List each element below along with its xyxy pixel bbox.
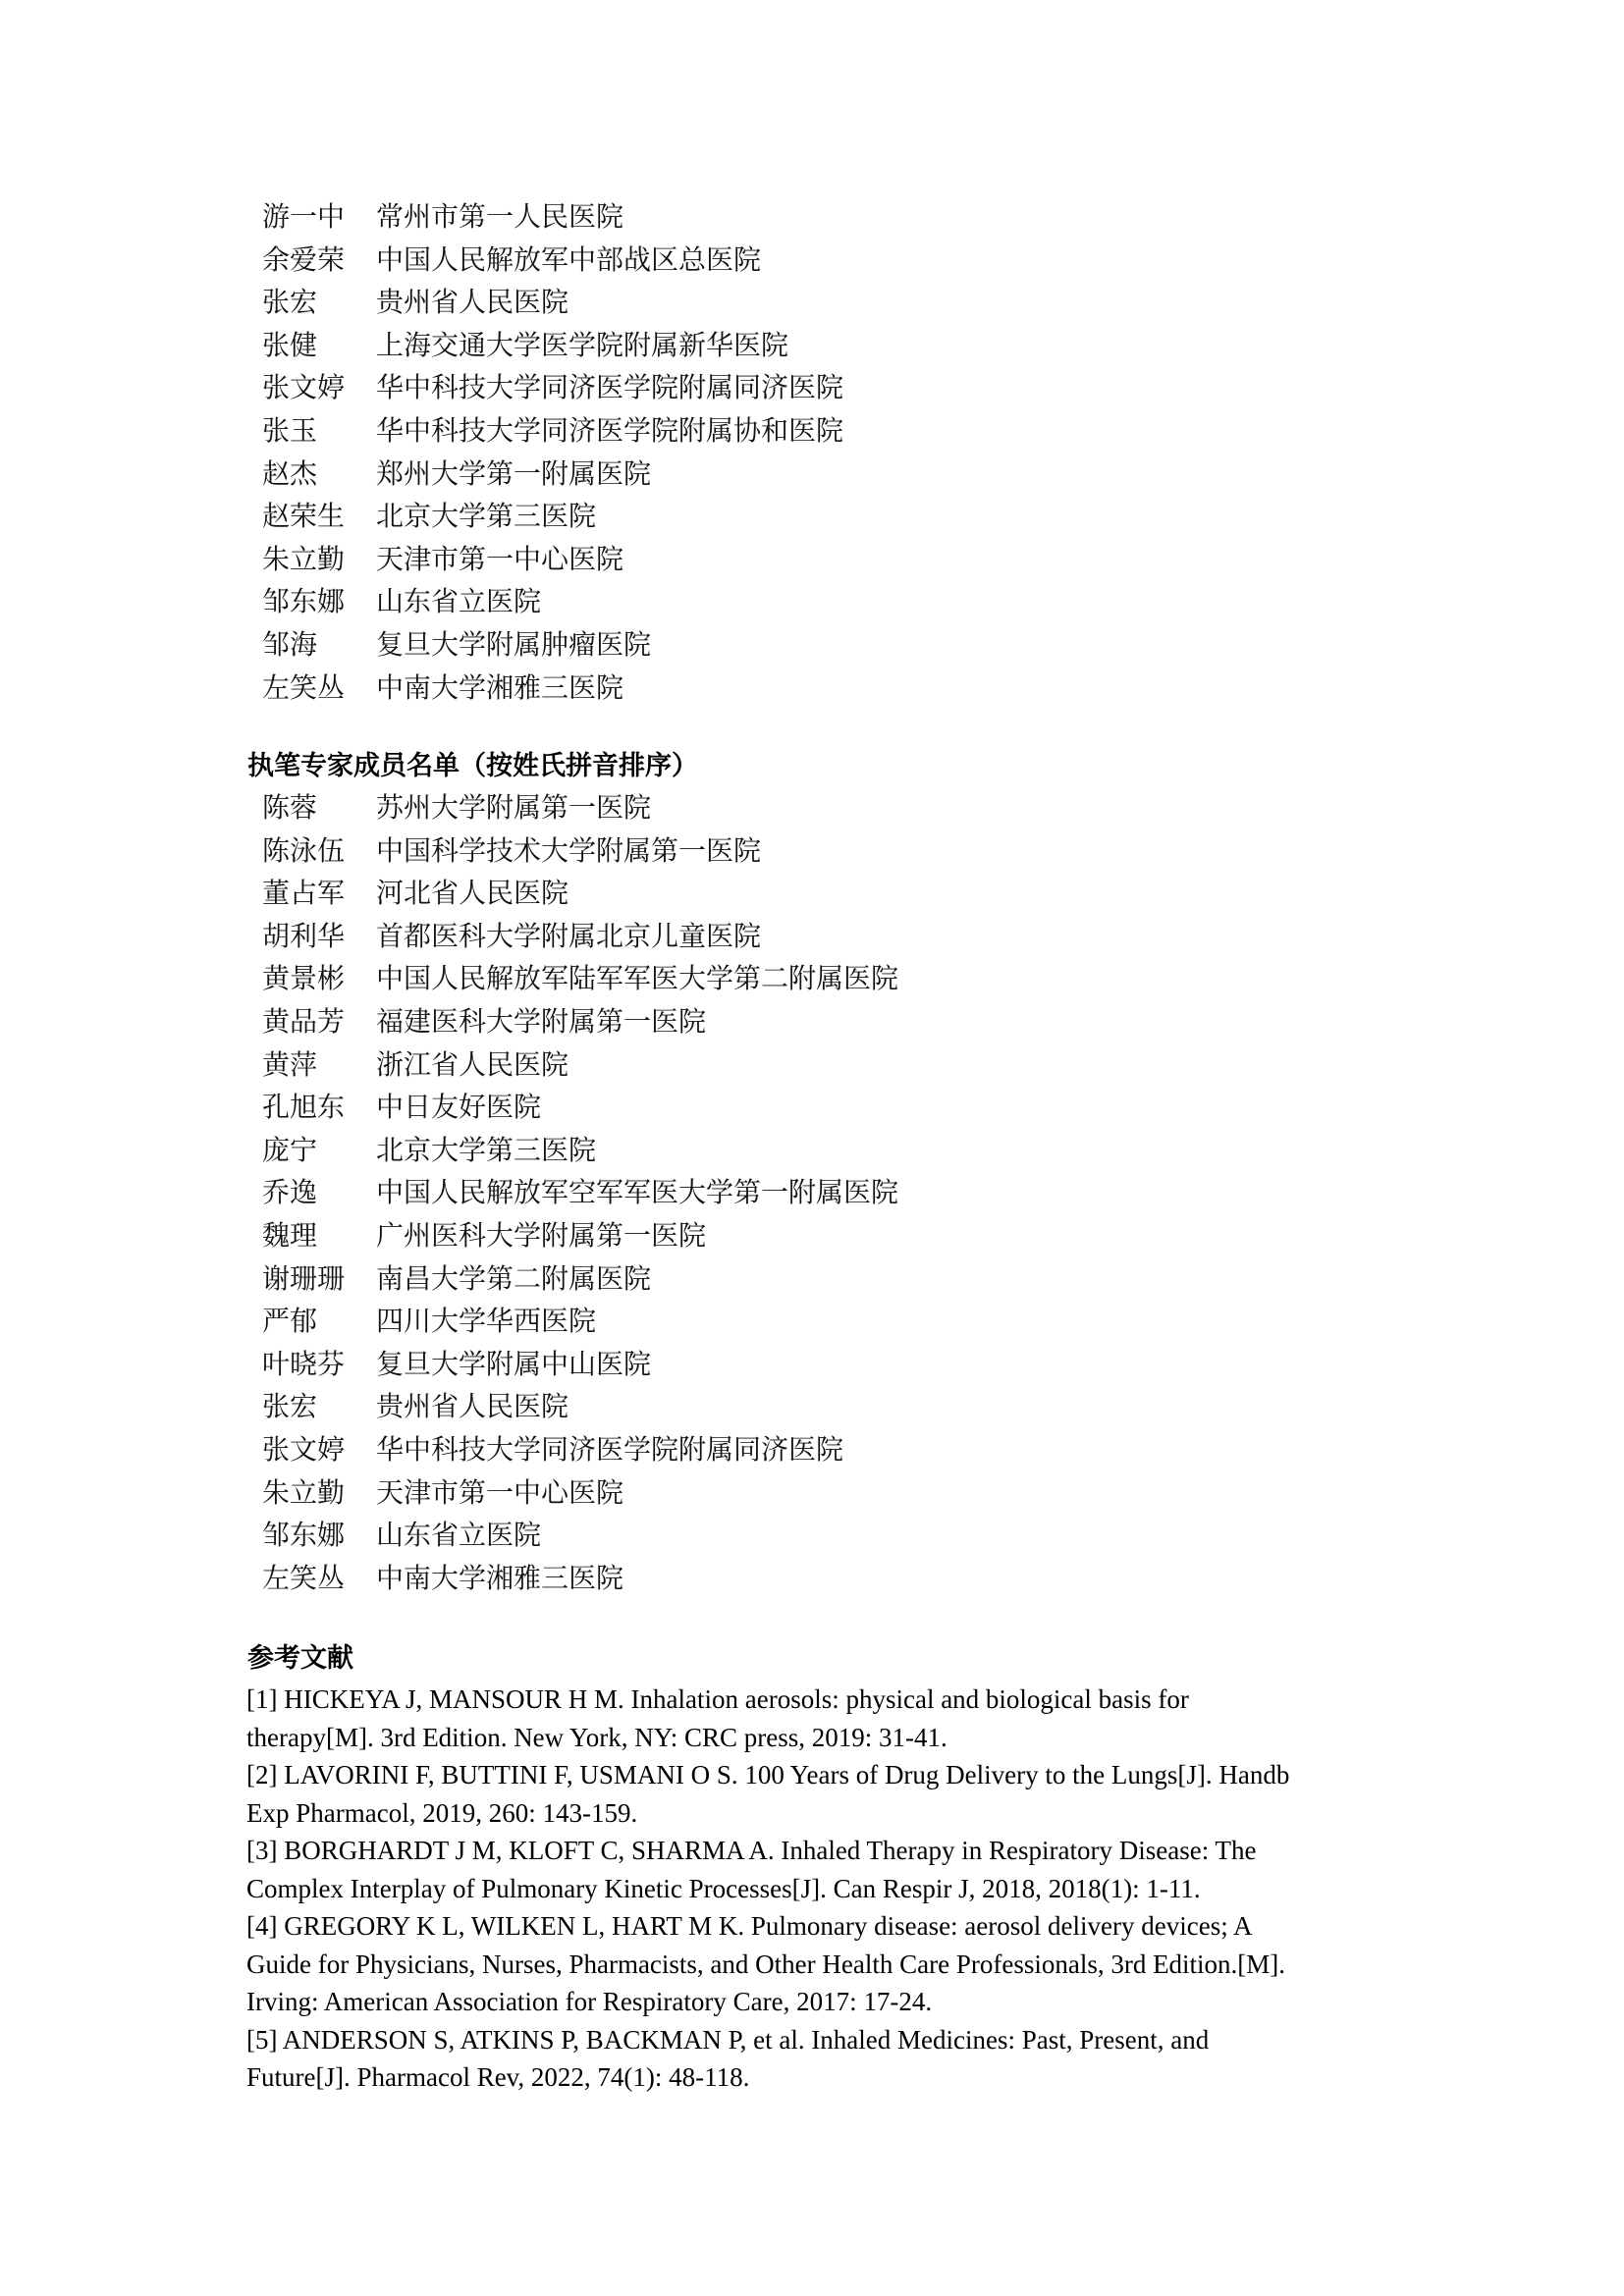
member-row: 张玉华中科技大学同济医学院附属协和医院 bbox=[262, 409, 843, 453]
member-name: 余爱荣 bbox=[262, 239, 376, 282]
member-name: 朱立勤 bbox=[262, 538, 376, 581]
reference-line: Future[J]. Pharmacol Rev, 2022, 74(1): 4… bbox=[246, 2058, 1385, 2097]
reference-line: Guide for Physicians, Nurses, Pharmacist… bbox=[246, 1946, 1385, 1984]
member-row: 朱立勤天津市第一中心医院 bbox=[262, 1471, 898, 1515]
reference-line: Exp Pharmacol, 2019, 260: 143-159. bbox=[246, 1794, 1385, 1833]
member-institution: 北京大学第三医院 bbox=[376, 495, 596, 538]
reference-line: Complex Interplay of Pulmonary Kinetic P… bbox=[246, 1870, 1385, 1908]
member-name: 张文婷 bbox=[262, 1428, 376, 1471]
member-name: 邹海 bbox=[262, 623, 376, 667]
member-name: 庞宁 bbox=[262, 1129, 376, 1172]
member-name: 黄景彬 bbox=[262, 957, 376, 1000]
member-name: 张玉 bbox=[262, 409, 376, 453]
member-institution: 苏州大学附属第一医院 bbox=[376, 786, 651, 829]
member-institution: 山东省立医院 bbox=[376, 1514, 541, 1557]
member-row: 陈蓉苏州大学附属第一医院 bbox=[262, 786, 898, 829]
member-row: 邹东娜山东省立医院 bbox=[262, 580, 843, 623]
member-institution: 中国人民解放军陆军军医大学第二附属医院 bbox=[376, 957, 898, 1000]
reference-line: [2] LAVORINI F, BUTTINI F, USMANI O S. 1… bbox=[246, 1756, 1385, 1794]
member-name: 严郁 bbox=[262, 1300, 376, 1343]
member-name: 张宏 bbox=[262, 281, 376, 324]
member-name: 陈蓉 bbox=[262, 786, 376, 829]
member-row: 邹海复旦大学附属肿瘤医院 bbox=[262, 623, 843, 667]
member-institution: 天津市第一中心医院 bbox=[376, 1471, 623, 1515]
member-name: 左笑丛 bbox=[262, 1557, 376, 1600]
member-institution: 复旦大学附属肿瘤医院 bbox=[376, 623, 651, 667]
member-row: 邹东娜山东省立医院 bbox=[262, 1514, 898, 1557]
member-institution: 中国人民解放军中部战区总医院 bbox=[376, 239, 761, 282]
reference-line: [3] BORGHARDT J M, KLOFT C, SHARMA A. In… bbox=[246, 1832, 1385, 1870]
member-row: 余爱荣中国人民解放军中部战区总医院 bbox=[262, 239, 843, 282]
writing-member-list: 陈蓉苏州大学附属第一医院 陈泳伍中国科学技术大学附属第一医院 董占军河北省人民医… bbox=[262, 786, 898, 1599]
member-row: 黄品芳福建医科大学附属第一医院 bbox=[262, 1000, 898, 1043]
member-institution: 南昌大学第二附属医院 bbox=[376, 1257, 651, 1301]
member-name: 朱立勤 bbox=[262, 1471, 376, 1515]
member-institution: 广州医科大学附属第一医院 bbox=[376, 1214, 706, 1257]
member-institution: 四川大学华西医院 bbox=[376, 1300, 596, 1343]
member-row: 胡利华首都医科大学附属北京儿童医院 bbox=[262, 915, 898, 958]
reference-line: Irving: American Association for Respira… bbox=[246, 1983, 1385, 2021]
member-institution: 华中科技大学同济医学院附属同济医院 bbox=[376, 1428, 843, 1471]
member-institution: 首都医科大学附属北京儿童医院 bbox=[376, 915, 761, 958]
member-institution: 郑州大学第一附属医院 bbox=[376, 453, 651, 496]
member-row: 张文婷华中科技大学同济医学院附属同济医院 bbox=[262, 366, 843, 409]
member-row: 叶晓芬复旦大学附属中山医院 bbox=[262, 1343, 898, 1386]
member-institution: 华中科技大学同济医学院附属协和医院 bbox=[376, 409, 843, 453]
reference-line: [5] ANDERSON S, ATKINS P, BACKMAN P, et … bbox=[246, 2021, 1385, 2059]
member-institution: 中南大学湘雅三医院 bbox=[376, 667, 623, 710]
member-row: 游一中常州市第一人民医院 bbox=[262, 195, 843, 239]
member-name: 乔逸 bbox=[262, 1171, 376, 1214]
member-row: 乔逸中国人民解放军空军军医大学第一附属医院 bbox=[262, 1171, 898, 1214]
member-name: 陈泳伍 bbox=[262, 829, 376, 873]
member-name: 赵杰 bbox=[262, 453, 376, 496]
member-institution: 山东省立医院 bbox=[376, 580, 541, 623]
member-institution: 贵州省人民医院 bbox=[376, 281, 568, 324]
member-row: 赵杰郑州大学第一附属医院 bbox=[262, 453, 843, 496]
member-name: 胡利华 bbox=[262, 915, 376, 958]
member-name: 张宏 bbox=[262, 1385, 376, 1428]
member-row: 严郁四川大学华西医院 bbox=[262, 1300, 898, 1343]
review-member-list: 游一中常州市第一人民医院 余爱荣中国人民解放军中部战区总医院 张宏贵州省人民医院… bbox=[262, 195, 843, 709]
member-row: 黄萍浙江省人民医院 bbox=[262, 1043, 898, 1087]
document-page: 游一中常州市第一人民医院 余爱荣中国人民解放军中部战区总医院 张宏贵州省人民医院… bbox=[0, 0, 1624, 2296]
member-name: 魏理 bbox=[262, 1214, 376, 1257]
member-institution: 华中科技大学同济医学院附属同济医院 bbox=[376, 366, 843, 409]
member-name: 游一中 bbox=[262, 195, 376, 239]
member-institution: 上海交通大学医学院附属新华医院 bbox=[376, 324, 788, 367]
member-name: 赵荣生 bbox=[262, 495, 376, 538]
writing-experts-heading: 执笔专家成员名单（按姓氏拼音排序） bbox=[247, 745, 698, 788]
member-row: 庞宁北京大学第三医院 bbox=[262, 1129, 898, 1172]
member-row: 陈泳伍中国科学技术大学附属第一医院 bbox=[262, 829, 898, 873]
member-name: 邹东娜 bbox=[262, 1514, 376, 1557]
reference-line: [1] HICKEYA J, MANSOUR H M. Inhalation a… bbox=[246, 1681, 1385, 1719]
member-row: 董占军河北省人民医院 bbox=[262, 872, 898, 915]
member-name: 黄品芳 bbox=[262, 1000, 376, 1043]
member-row: 黄景彬中国人民解放军陆军军医大学第二附属医院 bbox=[262, 957, 898, 1000]
member-name: 张健 bbox=[262, 324, 376, 367]
member-institution: 浙江省人民医院 bbox=[376, 1043, 568, 1087]
member-row: 左笑丛中南大学湘雅三医院 bbox=[262, 667, 843, 710]
member-row: 朱立勤天津市第一中心医院 bbox=[262, 538, 843, 581]
member-name: 黄萍 bbox=[262, 1043, 376, 1087]
member-name: 谢珊珊 bbox=[262, 1257, 376, 1301]
member-name: 张文婷 bbox=[262, 366, 376, 409]
member-row: 孔旭东中日友好医院 bbox=[262, 1086, 898, 1129]
member-institution: 中日友好医院 bbox=[376, 1086, 541, 1129]
member-row: 张宏贵州省人民医院 bbox=[262, 281, 843, 324]
member-institution: 北京大学第三医院 bbox=[376, 1129, 596, 1172]
member-row: 张宏贵州省人民医院 bbox=[262, 1385, 898, 1428]
member-institution: 常州市第一人民医院 bbox=[376, 195, 623, 239]
member-row: 魏理广州医科大学附属第一医院 bbox=[262, 1214, 898, 1257]
member-row: 张文婷华中科技大学同济医学院附属同济医院 bbox=[262, 1428, 898, 1471]
reference-line: [4] GREGORY K L, WILKEN L, HART M K. Pul… bbox=[246, 1907, 1385, 1946]
member-row: 左笑丛中南大学湘雅三医院 bbox=[262, 1557, 898, 1600]
member-row: 张健上海交通大学医学院附属新华医院 bbox=[262, 324, 843, 367]
member-institution: 复旦大学附属中山医院 bbox=[376, 1343, 651, 1386]
member-name: 董占军 bbox=[262, 872, 376, 915]
references-heading: 参考文献 bbox=[247, 1637, 353, 1681]
member-institution: 中南大学湘雅三医院 bbox=[376, 1557, 623, 1600]
member-name: 孔旭东 bbox=[262, 1086, 376, 1129]
member-name: 邹东娜 bbox=[262, 580, 376, 623]
member-institution: 中国科学技术大学附属第一医院 bbox=[376, 829, 761, 873]
member-name: 左笑丛 bbox=[262, 667, 376, 710]
member-row: 谢珊珊南昌大学第二附属医院 bbox=[262, 1257, 898, 1301]
member-institution: 河北省人民医院 bbox=[376, 872, 568, 915]
member-row: 赵荣生北京大学第三医院 bbox=[262, 495, 843, 538]
member-institution: 中国人民解放军空军军医大学第一附属医院 bbox=[376, 1171, 898, 1214]
member-institution: 天津市第一中心医院 bbox=[376, 538, 623, 581]
member-name: 叶晓芬 bbox=[262, 1343, 376, 1386]
references-list: [1] HICKEYA J, MANSOUR H M. Inhalation a… bbox=[246, 1681, 1385, 2097]
member-institution: 福建医科大学附属第一医院 bbox=[376, 1000, 706, 1043]
reference-line: therapy[M]. 3rd Edition. New York, NY: C… bbox=[246, 1719, 1385, 1757]
member-institution: 贵州省人民医院 bbox=[376, 1385, 568, 1428]
